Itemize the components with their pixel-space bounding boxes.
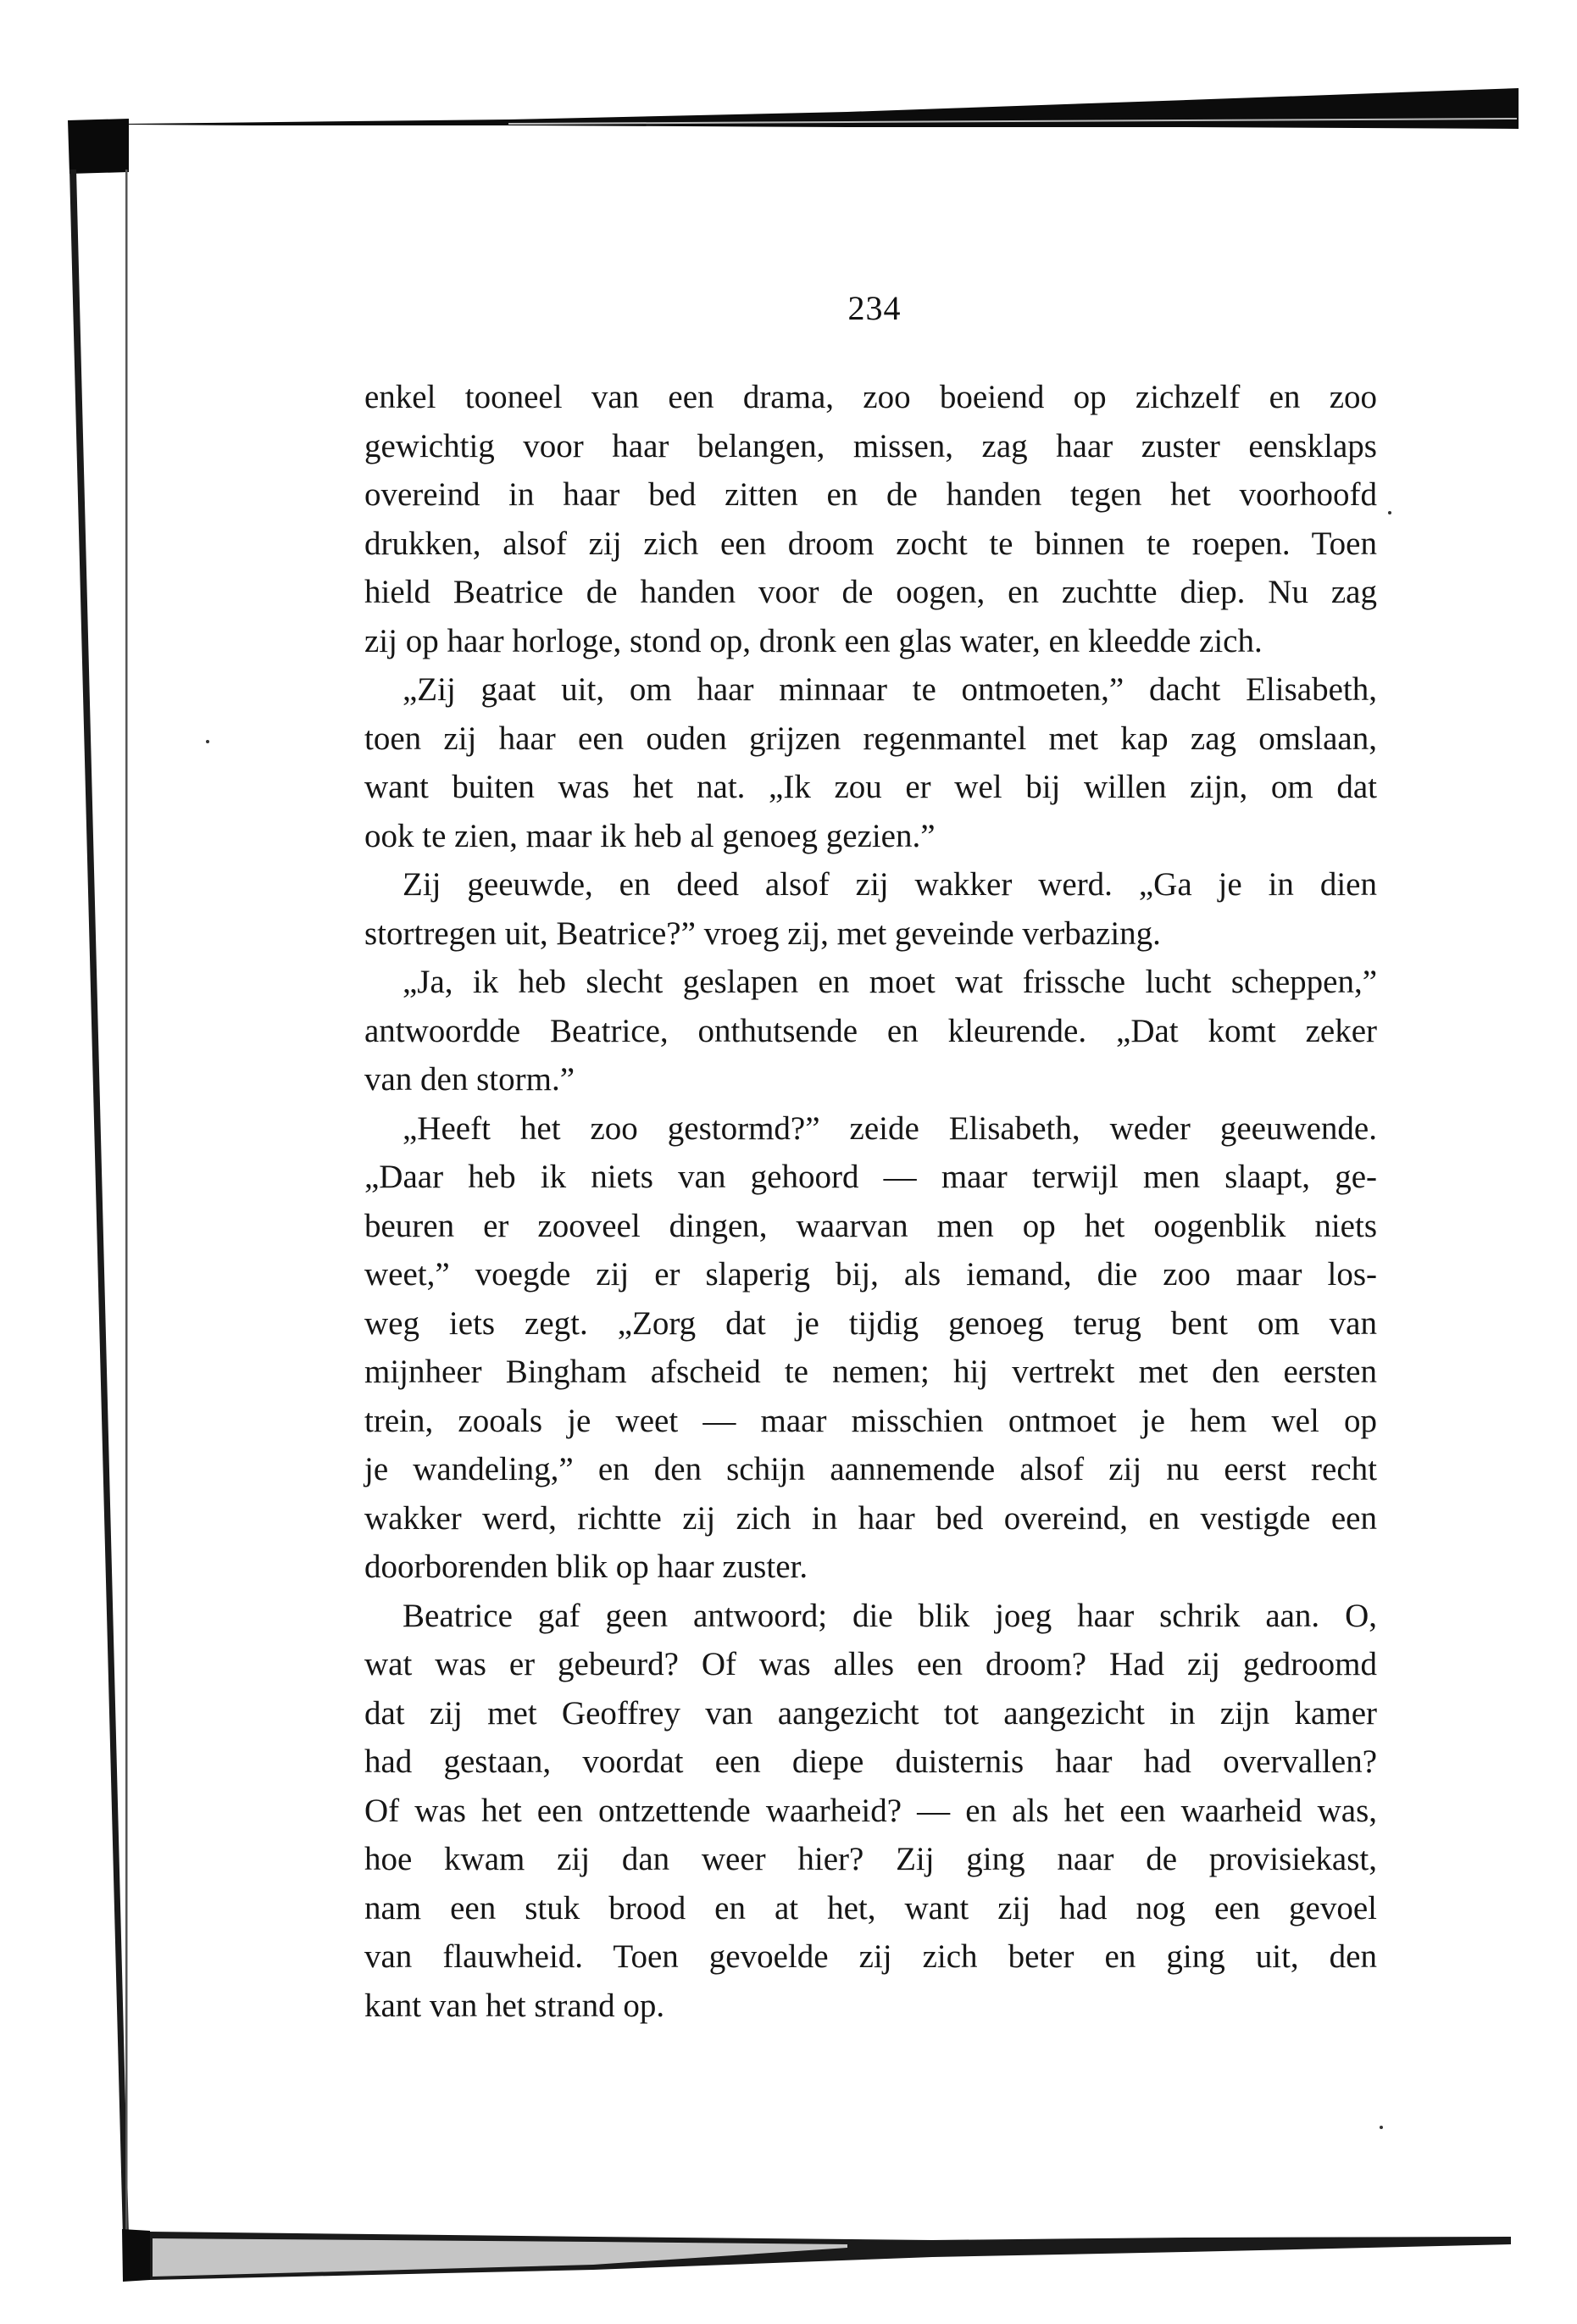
- text-line: „Heeft het zoo gestormd?” zeide Elisabet…: [364, 1104, 1377, 1154]
- text-line: Beatrice gaf geen antwoord; die blik joe…: [364, 1592, 1377, 1641]
- text-line: dat zij met Geoffrey van aangezicht tot …: [364, 1689, 1377, 1738]
- paragraph: Beatrice gaf geen antwoord; die blik joe…: [364, 1592, 1377, 2031]
- text-line: toen zij haar een ouden grijzen regenman…: [364, 714, 1377, 764]
- paragraph: „Heeft het zoo gestormd?” zeide Elisabet…: [364, 1104, 1377, 1592]
- text-line: ook te zien, maar ik heb al genoeg gezie…: [364, 812, 1377, 861]
- text-line: overeind in haar bed zitten en de handen…: [364, 470, 1377, 520]
- text-line: weet,” voegde zij er slaperig bij, als i…: [364, 1250, 1377, 1299]
- text-line: beuren er zooveel dingen, waarvan men op…: [364, 1202, 1377, 1251]
- text-line: van flauwheid. Toen gevoelde zij zich be…: [364, 1932, 1377, 1982]
- text-line: antwoordde Beatrice, onthutsende en kleu…: [364, 1007, 1377, 1056]
- text-line: hoe kwam zij dan weer hier? Zij ging naa…: [364, 1835, 1377, 1884]
- paragraph: Zij geeuwde, en deed alsof zij wakker we…: [364, 860, 1377, 958]
- scan-left-edge-line: [69, 170, 129, 2238]
- text-line: zij op haar horloge, stond op, dronk een…: [364, 617, 1377, 666]
- text-line: want buiten was het nat. „Ik zou er wel …: [364, 763, 1377, 812]
- paragraph: „Zij gaat uit, om haar minnaar te ontmoe…: [364, 665, 1377, 860]
- text-line: „Daar heb ik niets van gehoord — maar te…: [364, 1153, 1377, 1202]
- text-line: je wandeling,” en den schijn aannemende …: [364, 1445, 1377, 1494]
- text-line: mijnheer Bingham afscheid te nemen; hij …: [364, 1348, 1377, 1397]
- page-number: 234: [790, 288, 959, 329]
- text-line: wakker werd, richtte zij zich in haar be…: [364, 1494, 1377, 1543]
- text-line: had gestaan, voordat een diepe duisterni…: [364, 1737, 1377, 1787]
- text-line: trein, zooals je weet — maar misschien o…: [364, 1397, 1377, 1446]
- text-line: weg iets zegt. „Zorg dat je tijdig genoe…: [364, 1299, 1377, 1348]
- text-line: enkel tooneel van een drama, zoo boeiend…: [364, 373, 1377, 422]
- text-line: Of was het een ontzettende waarheid? — e…: [364, 1787, 1377, 1836]
- paragraph: enkel tooneel van een drama, zoo boeiend…: [364, 373, 1377, 665]
- paragraph: „Ja, ik heb slecht geslapen en moet wat …: [364, 958, 1377, 1104]
- text-line: „Zij gaat uit, om haar minnaar te ontmoe…: [364, 665, 1377, 714]
- text-line: van den storm.”: [364, 1055, 1377, 1104]
- text-line: Zij geeuwde, en deed alsof zij wakker we…: [364, 860, 1377, 909]
- text-line: hield Beatrice de handen voor de oogen, …: [364, 568, 1377, 617]
- scan-corner-block-top: [68, 119, 129, 174]
- text-line: drukken, alsof zij zich een droom zocht …: [364, 520, 1377, 569]
- text-line: „Ja, ik heb slecht geslapen en moet wat …: [364, 958, 1377, 1007]
- text-line: gewichtig voor haar belangen, missen, za…: [364, 422, 1377, 471]
- scan-left-inner-line: [125, 170, 128, 2238]
- scan-corner-block-bottom: [122, 2229, 150, 2282]
- text-line: kant van het strand op.: [364, 1982, 1377, 2031]
- text-line: nam een stuk brood en at het, want zij h…: [364, 1884, 1377, 1933]
- text-line: stortregen uit, Beatrice?” vroeg zij, me…: [364, 909, 1377, 959]
- text-line: wat was er gebeurd? Of was alles een dro…: [364, 1640, 1377, 1689]
- text-line: doorborenden blik op haar zuster.: [364, 1543, 1377, 1592]
- body-text: enkel tooneel van een drama, zoo boeiend…: [364, 373, 1377, 2030]
